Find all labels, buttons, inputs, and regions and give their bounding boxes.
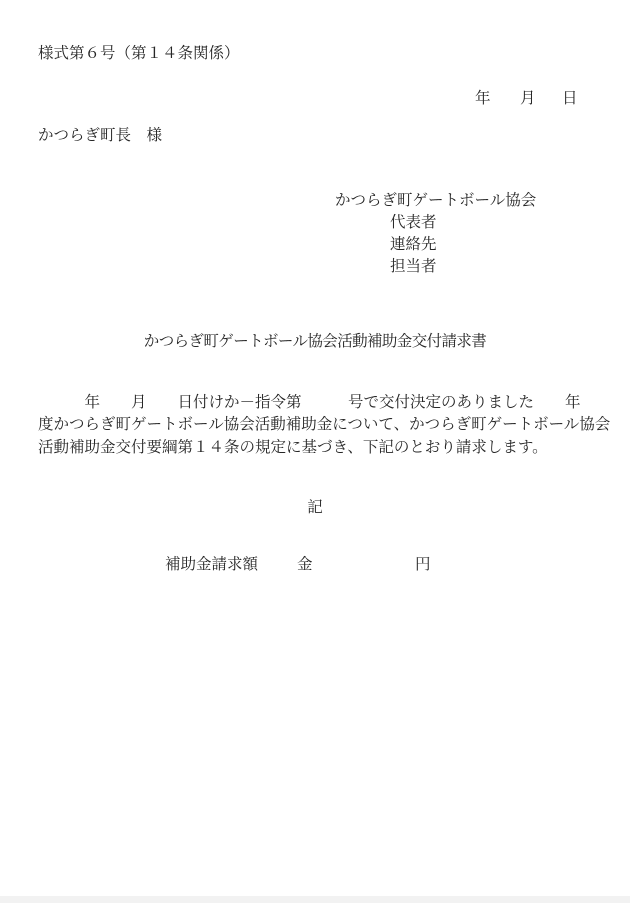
request-amount-currency-prefix: 金 — [297, 557, 313, 573]
sender-contact-label: 連絡先 — [390, 237, 437, 253]
body-paragraph-line-2: 度かつらぎ町ゲートボール協会活動補助金について、かつらぎ町ゲートボール協会 — [38, 414, 596, 436]
date-day-label: 日 — [562, 91, 578, 107]
sender-person-in-charge-label: 担当者 — [390, 259, 437, 275]
body-paragraph-line-1: 年 月 日付けか－指令第 号で交付決定のありました 年 — [38, 392, 596, 414]
date-year-label: 年 — [475, 91, 491, 107]
ki-marker: 記 — [0, 500, 630, 516]
document-page: 様式第６号（第１４条関係） 年 月 日 かつらぎ町長 様 かつらぎ町ゲートボール… — [0, 0, 630, 903]
request-amount-label: 補助金請求額 — [165, 557, 258, 573]
request-amount-unit: 円 — [415, 557, 431, 573]
document-title: かつらぎ町ゲートボール協会活動補助金交付請求書 — [0, 334, 630, 350]
body-paragraph-line-3: 活動補助金交付要綱第１４条の規定に基づき、下記のとおり請求します。 — [38, 437, 596, 459]
form-number: 様式第６号（第１４条関係） — [38, 46, 240, 62]
sender-organization: かつらぎ町ゲートボール協会 — [335, 193, 536, 209]
date-month-label: 月 — [520, 91, 536, 107]
page-bottom-edge — [0, 896, 630, 903]
body-paragraph: 年 月 日付けか－指令第 号で交付決定のありました 年 度かつらぎ町ゲートボール… — [38, 392, 596, 459]
sender-representative-label: 代表者 — [390, 215, 437, 231]
addressee: かつらぎ町長 様 — [38, 128, 162, 144]
